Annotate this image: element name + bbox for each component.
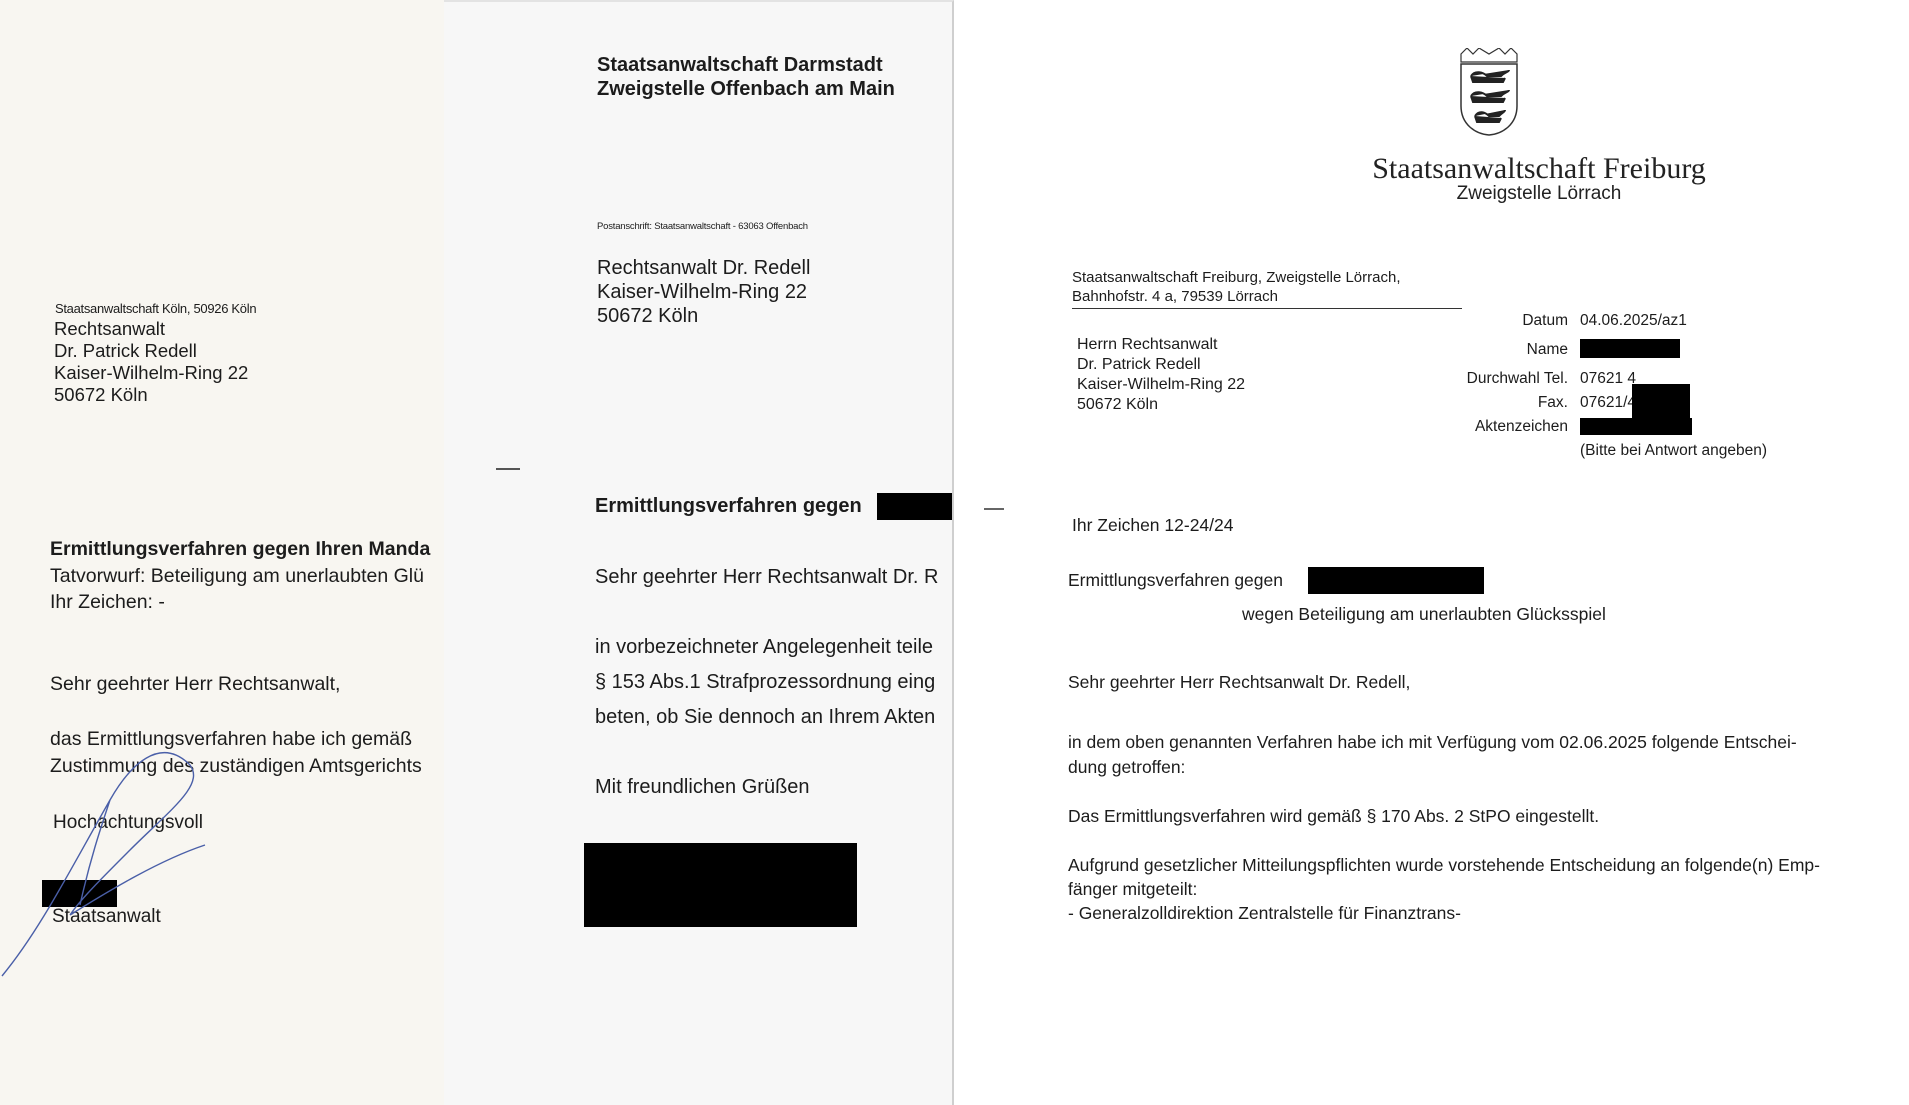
letter-metadata: Datum 04.06.2025/az1 Name Durchwahl Tel.… xyxy=(1414,312,1814,466)
sender-line: Staatsanwaltschaft Köln, 50926 Köln xyxy=(55,301,256,316)
redaction-box xyxy=(877,493,952,520)
signature-icon xyxy=(0,740,240,980)
reference-line: Ihr Zeichen: - xyxy=(50,591,165,614)
subject-line: Ermittlungsverfahren gegen Ihren Manda xyxy=(50,538,430,561)
meta-value: 04.06.2025/az1 xyxy=(1580,312,1687,330)
redaction-box xyxy=(1580,339,1680,358)
postal-line: Postanschrift: Staatsanwaltschaft - 6306… xyxy=(597,221,808,232)
coat-of-arms-icon xyxy=(1457,48,1521,136)
subject-line: Ermittlungsverfahren gegen xyxy=(1068,570,1283,591)
signature-redaction-box xyxy=(584,843,857,927)
meta-row-aktenzeichen: Aktenzeichen xyxy=(1414,418,1814,442)
meta-value: 07621 4 xyxy=(1580,370,1636,388)
address-line: Rechtsanwalt Dr. Redell xyxy=(597,256,810,280)
redaction-box xyxy=(1308,567,1484,594)
address-line: Kaiser-Wilhelm-Ring 22 xyxy=(597,280,810,304)
address-line: Herrn Rechtsanwalt xyxy=(1077,335,1245,355)
meta-row-note: (Bitte bei Antwort angeben) xyxy=(1414,442,1814,466)
redaction-box xyxy=(1580,418,1692,435)
closing: Mit freundlichen Grüßen xyxy=(595,776,810,799)
meta-label: Aktenzeichen xyxy=(1475,418,1568,436)
body-line: beten, ob Sie dennoch an Ihrem Akten xyxy=(595,706,935,729)
allegation-line: wegen Beteiligung am unerlaubten Glückss… xyxy=(1242,604,1606,625)
address-line: Dr. Patrick Redell xyxy=(1077,355,1245,375)
body-line: in dem oben genannten Verfahren habe ich… xyxy=(1068,732,1797,753)
address-line: Kaiser-Wilhelm-Ring 22 xyxy=(54,362,248,384)
meta-label: Datum xyxy=(1522,312,1568,330)
recipient-address: Rechtsanwalt Dr. Redell Kaiser-Wilhelm-R… xyxy=(597,256,810,328)
body-line: - Generalzolldirektion Zentralstelle für… xyxy=(1068,903,1461,924)
meta-label: Durchwahl Tel. xyxy=(1467,370,1568,388)
meta-value: 07621/4 xyxy=(1580,394,1636,412)
recipient-address: Rechtsanwalt Dr. Patrick Redell Kaiser-W… xyxy=(54,318,248,406)
body-line: in vorbezeichneter Angelegenheit teile xyxy=(595,636,933,659)
return-address-divider xyxy=(1072,308,1462,309)
address-line: 50672 Köln xyxy=(54,384,248,406)
meta-row-fax: Fax. 07621/4 xyxy=(1414,394,1814,418)
meta-note: (Bitte bei Antwort angeben) xyxy=(1580,442,1767,460)
recipient-address: Herrn Rechtsanwalt Dr. Patrick Redell Ka… xyxy=(1077,335,1245,415)
allegation-line: Tatvorwurf: Beteiligung am unerlaubten G… xyxy=(50,565,424,588)
salutation: Sehr geehrter Herr Rechtsanwalt Dr. R xyxy=(595,566,938,589)
meta-row-tel: Durchwahl Tel. 07621 4 xyxy=(1414,370,1814,394)
reference-line: Ihr Zeichen 12-24/24 xyxy=(1072,515,1234,536)
meta-row-name: Name xyxy=(1414,341,1814,370)
address-line: 50672 Köln xyxy=(597,304,810,328)
body-line: dung getroffen: xyxy=(1068,757,1185,778)
body-line: fänger mitgeteilt: xyxy=(1068,879,1197,900)
meta-row-date: Datum 04.06.2025/az1 xyxy=(1414,312,1814,341)
address-line: Rechtsanwalt xyxy=(54,318,248,340)
meta-label: Name xyxy=(1527,341,1568,359)
fold-mark xyxy=(984,508,1004,510)
letter-koeln: Staatsanwaltschaft Köln, 50926 Köln Rech… xyxy=(0,0,446,1105)
return-address-line: Staatsanwaltschaft Freiburg, Zweigstelle… xyxy=(1072,269,1400,286)
salutation: Sehr geehrter Herr Rechtsanwalt Dr. Rede… xyxy=(1068,672,1410,693)
office-branch: Zweigstelle Offenbach am Main xyxy=(597,78,895,101)
body-line: Aufgrund gesetzlicher Mitteilungspflicht… xyxy=(1068,855,1820,876)
office-name: Staatsanwaltschaft Freiburg xyxy=(954,152,1909,186)
return-address-line: Bahnhofstr. 4 a, 79539 Lörrach xyxy=(1072,288,1278,305)
decision-line: Das Ermittlungsverfahren wird gemäß § 17… xyxy=(1068,806,1599,827)
body-line: § 153 Abs.1 Strafprozessordnung eing xyxy=(595,671,935,694)
salutation: Sehr geehrter Herr Rechtsanwalt, xyxy=(50,673,340,696)
address-line: Kaiser-Wilhelm-Ring 22 xyxy=(1077,375,1245,395)
office-branch: Zweigstelle Lörrach xyxy=(954,183,1909,205)
office-name: Staatsanwaltschaft Darmstadt xyxy=(597,54,883,77)
subject-line: Ermittlungsverfahren gegen xyxy=(595,495,862,518)
fold-mark xyxy=(496,468,520,470)
letter-freiburg: Staatsanwaltschaft Freiburg Zweigstelle … xyxy=(954,0,1909,1105)
meta-label: Fax. xyxy=(1538,394,1568,412)
letter-darmstadt: Staatsanwaltschaft Darmstadt Zweigstelle… xyxy=(444,0,954,1105)
address-line: Dr. Patrick Redell xyxy=(54,340,248,362)
address-line: 50672 Köln xyxy=(1077,395,1245,415)
